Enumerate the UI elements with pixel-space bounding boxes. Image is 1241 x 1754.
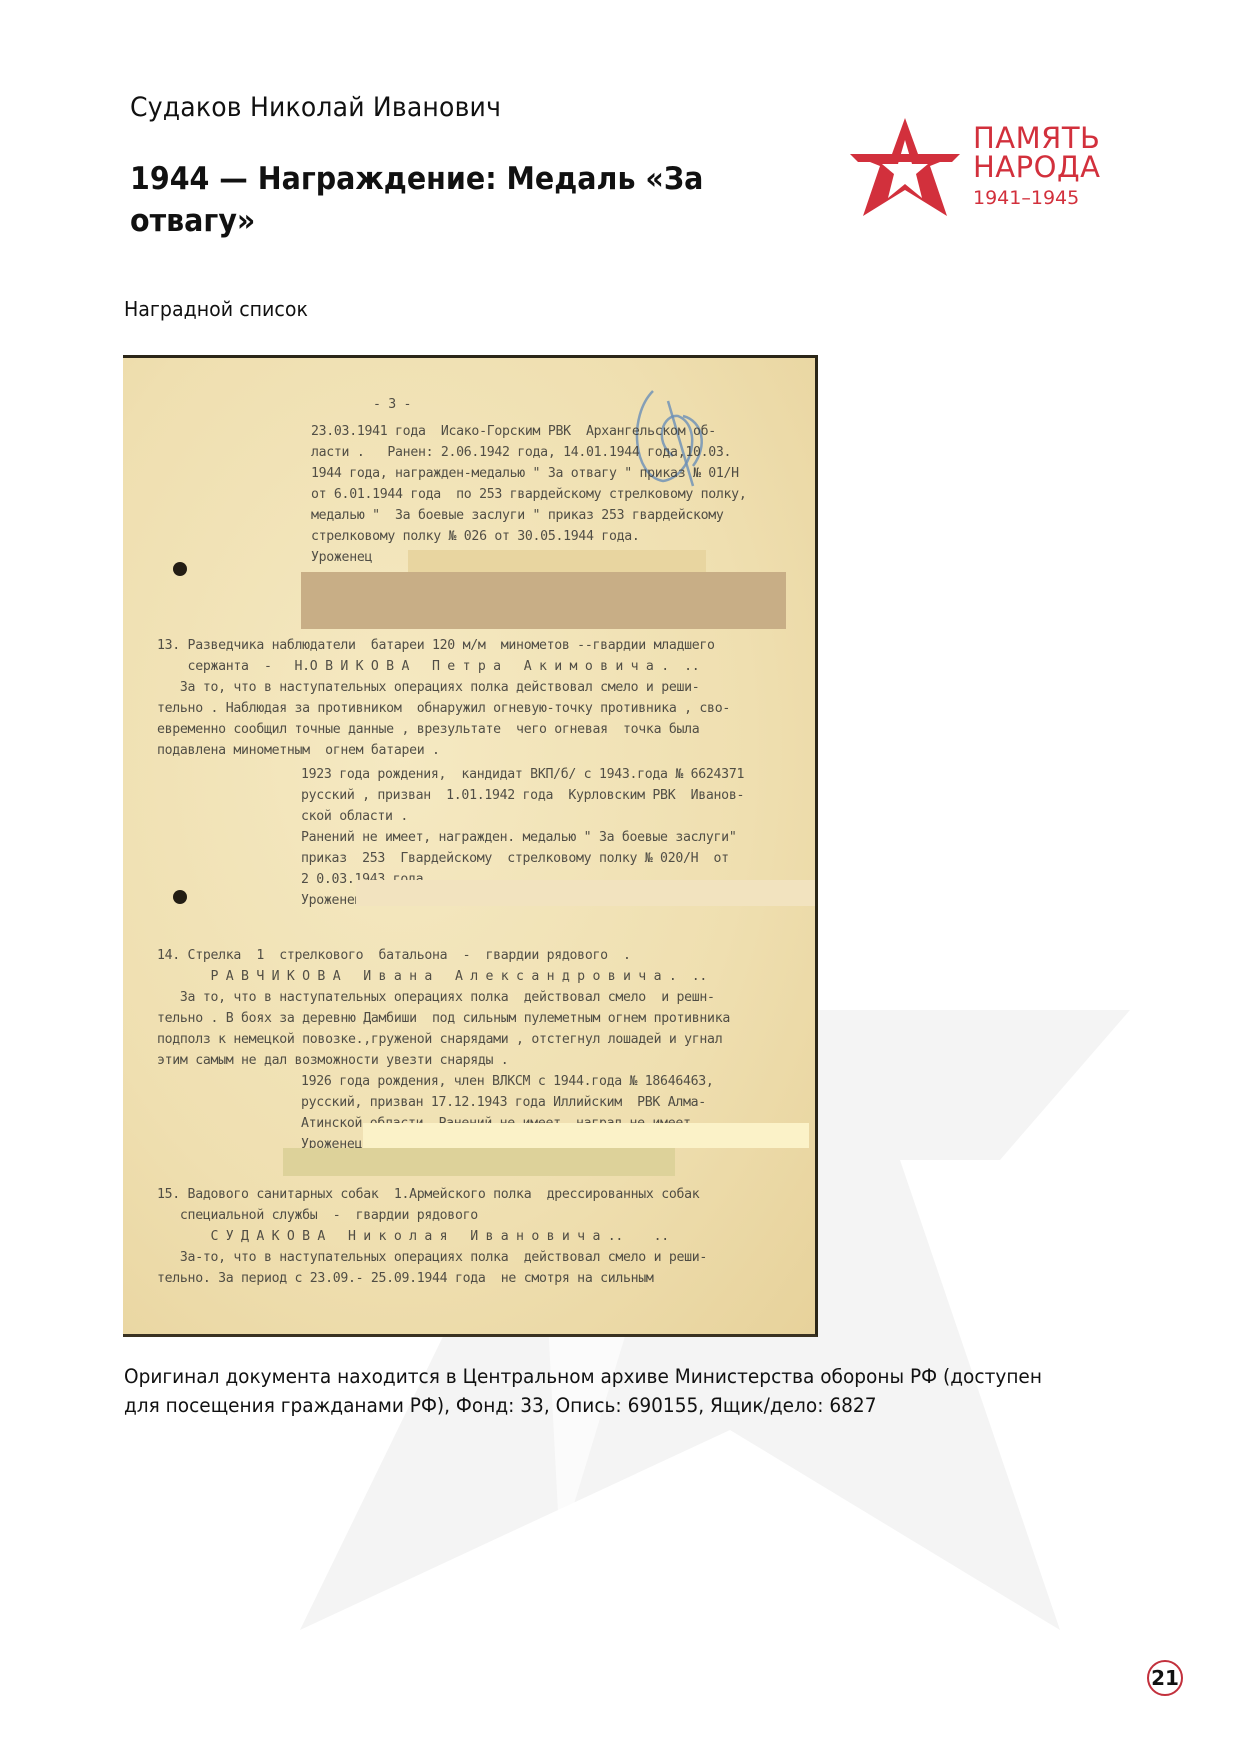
text-line: 1944 года, награжден-медалью " За отвагу… [311, 463, 739, 485]
text-line: стрелковому полку № 026 от 30.05.1944 го… [311, 526, 640, 548]
text-line: подполз к немецкой повозке.,груженой сна… [157, 1029, 722, 1051]
document-label: Наградной список [124, 297, 308, 321]
text-line: русский, призван 17.12.1943 года Иллийск… [301, 1092, 706, 1114]
pamyat-naroda-logo: ПАМЯТЬ НАРОДА 1941–1945 [850, 118, 1120, 218]
text-line: За то, что в наступательных операциях по… [157, 987, 715, 1009]
text-line: приказ 253 Гвардейскому стрелковому полк… [301, 848, 729, 870]
text-line: 23.03.1941 года Исако-Горским РВК Арханг… [311, 421, 716, 443]
logo-line1: ПАМЯТЬ [973, 124, 1100, 153]
redaction-block [283, 1148, 675, 1176]
text-line: 1923 года рождения, кандидат ВКП/б/ с 19… [301, 764, 744, 786]
page-marker: - 3 - [373, 394, 411, 416]
text-line: 1926 года рождения, член ВЛКСМ с 1944.го… [301, 1071, 714, 1093]
text-line: Ранений не имеет, награжден. медалью " З… [301, 827, 736, 849]
text-line: За то, что в наступательных операциях по… [157, 677, 699, 699]
text-line: 14. Стрелка 1 стрелкового батальона - гв… [157, 945, 631, 967]
award-list-scan: - 3 - 23.03.1941 года Исако-Горским РВК … [123, 355, 818, 1337]
text-line: тельно . В боях за деревню Дамбиши под с… [157, 1008, 730, 1030]
text-line: ской области . [301, 806, 408, 828]
text-line: тельно. За период с 23.09.- 25.09.1944 г… [157, 1268, 654, 1290]
text-line: русский , призван 1.01.1942 года Курловс… [301, 785, 744, 807]
redaction-block [301, 572, 786, 629]
text-line: подавлена минометным огнем батареи . [157, 740, 440, 762]
page-title: 1944 — Награждение: Медаль «За отвагу» [130, 158, 728, 242]
archive-caption: Оригинал документа находится в Центральн… [124, 1362, 1055, 1420]
text-line: 13. Разведчика наблюдатели батареи 120 м… [157, 635, 715, 657]
text-line: медалью " За боевые заслуги " приказ 253… [311, 505, 724, 527]
red-star-icon [850, 118, 960, 218]
text-line: сержанта - Н.О В И К О В А П е т р а А к… [157, 656, 699, 678]
text-line: За-то, что в наступательных операциях по… [157, 1247, 707, 1269]
page-number: 21 [1147, 1660, 1183, 1696]
text-line: Уроженец [301, 890, 362, 912]
logo-line2: НАРОДА [973, 153, 1100, 182]
text-line: Уроженец [311, 547, 372, 569]
text-line: 15. Вадового санитарных собак 1.Армейско… [157, 1184, 699, 1206]
text-line: Р А В Ч И К О В А И в а н а А л е к с а … [157, 966, 707, 988]
text-line: специальной службы - гвардии рядового [157, 1205, 478, 1227]
text-line: от 6.01.1944 года по 253 гвардейскому ст… [311, 484, 746, 506]
text-line: тельно . Наблюдая за противником обнаруж… [157, 698, 730, 720]
punch-hole [173, 562, 187, 576]
person-name: Судаков Николай Иванович [130, 92, 501, 123]
logo-years: 1941–1945 [973, 185, 1100, 211]
redaction-block [408, 550, 706, 572]
text-line: евременно сообщил точные данные , врезул… [157, 719, 699, 741]
redaction-block [356, 880, 818, 906]
text-line: С У Д А К О В А Н и к о л а я И в а н о … [157, 1226, 669, 1248]
text-line: этим самым не дал возможности увезти сна… [157, 1050, 508, 1072]
punch-hole [173, 890, 187, 904]
redaction-block [363, 1123, 809, 1148]
text-line: ласти . Ранен: 2.06.1942 года, 14.01.194… [311, 442, 731, 464]
